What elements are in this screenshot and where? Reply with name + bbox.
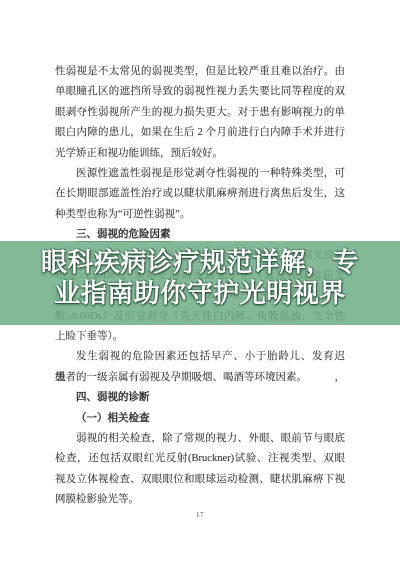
doc-line: 视及立体视检查、双眼眼位和眼球运动检测、睫状肌麻痹下视: [55, 470, 345, 490]
banner-title: 眼科疾病诊疗规范详解，专 业指南助你守护光明视界: [0, 247, 400, 309]
doc-line: 网膜检影验光等。: [55, 490, 345, 510]
doc-line: 上睑下垂等）。: [55, 327, 345, 347]
section-heading-risk-factors: 三、弱视的危险因素: [76, 229, 171, 242]
doc-line: 眼白内障的患儿，如果在生后 2 个月前进行白内障手术并进行: [55, 123, 345, 143]
doc-line: 种类型也称为“可逆性弱视”。: [55, 205, 345, 225]
doc-line: 光学矫正和视功能训练，预后较好。: [55, 144, 345, 164]
doc-line: 四、弱视的诊断: [55, 388, 345, 408]
banner-title-line-1: 眼科疾病诊疗规范详解，专: [0, 247, 400, 278]
doc-line: 性弱视是不太常见的弱视类型，但是比较严重且难以治疗。由: [55, 62, 345, 82]
subsection-heading-related-exams: （一）相关检查: [76, 413, 150, 424]
doc-line: （一）相关检查: [55, 409, 345, 429]
page-number: 17: [0, 511, 400, 519]
section-heading-diagnosis: 四、弱视的诊断: [76, 392, 150, 403]
doc-line: 患者的一级亲属有弱视及孕期吸烟、喝酒等环境因素。: [55, 368, 345, 388]
banner-title-line-2: 业指南助你守护光明视界: [0, 278, 400, 309]
document-page: 性弱视是不太常见的弱视类型，但是比较严重且难以治疗。由 单眼瞳孔区的遮挡所导致的…: [0, 0, 400, 566]
doc-line: 在长期眼部遮盖性治疗或以睫状肌麻痹剂进行离焦后发生，这: [55, 184, 345, 204]
doc-line: 检查，还包括双眼红光反射(Bruckner)试验、注视类型、双眼: [55, 449, 345, 469]
doc-line: 发生弱视的危险因素还包括早产、小于胎龄儿、发育迟缓，: [55, 347, 345, 367]
promo-banner-overlay: 眼科疾病诊疗规范详解，专 业指南助你守护光明视界: [0, 241, 400, 325]
doc-line: 单眼瞳孔区的遮挡所导致的弱视性视力丢失要比同等程度的双: [55, 82, 345, 102]
doc-line: 弱视的相关检查，除了常规的视力、外眼、眼前节与眼底: [55, 429, 345, 449]
doc-line: 眼剥夺性弱视所产生的视力损失更大。对于患有影响视力的单: [55, 103, 345, 123]
doc-line: 医源性遮盖性弱视是形觉剥夺性弱视的一种特殊类型，可: [55, 164, 345, 184]
